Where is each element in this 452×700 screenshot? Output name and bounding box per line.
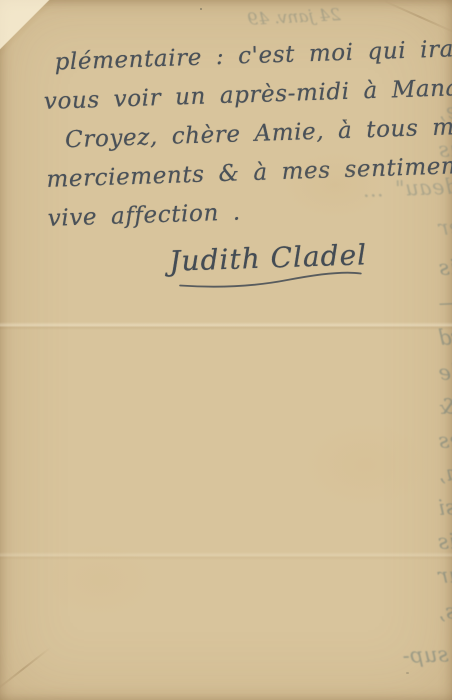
bleedthrough-date: 24 janv. 49: [246, 5, 340, 30]
letter-body: plémentaire : c'est moi qui irai vous vo…: [40, 31, 444, 296]
bleedthrough-line: de votre affectueuse pensée à mon égard: [438, 309, 452, 350]
signature-text: Judith Cladel: [169, 238, 368, 278]
signature: Judith Cladel: [169, 237, 400, 292]
bleedthrough-line: sauf le dimanche. Néanmoins, si: [438, 483, 452, 520]
bleedthrough-line: combien il vous en reste peu pour: [438, 550, 452, 588]
bleedthrough-line: ne leur ajoutez pas cet effort sup-: [402, 630, 452, 668]
bleedthrough-line: lui dis mon désir de vous voir toutes: [438, 414, 452, 453]
bleedthrough-line: vos travaux & occupations personnels,: [438, 585, 452, 624]
bleedthrough-line: tant de votre part que de celle de: [438, 347, 452, 385]
bleedthrough-line: Suzanne Saint-Chéri : Je lui écris &: [438, 380, 452, 419]
letter-page: 24 janv. 49 Chère Madame & Amie, Réellem…: [0, 0, 452, 700]
bleedthrough-line: le temps vous y manque, car je sais: [438, 515, 452, 554]
